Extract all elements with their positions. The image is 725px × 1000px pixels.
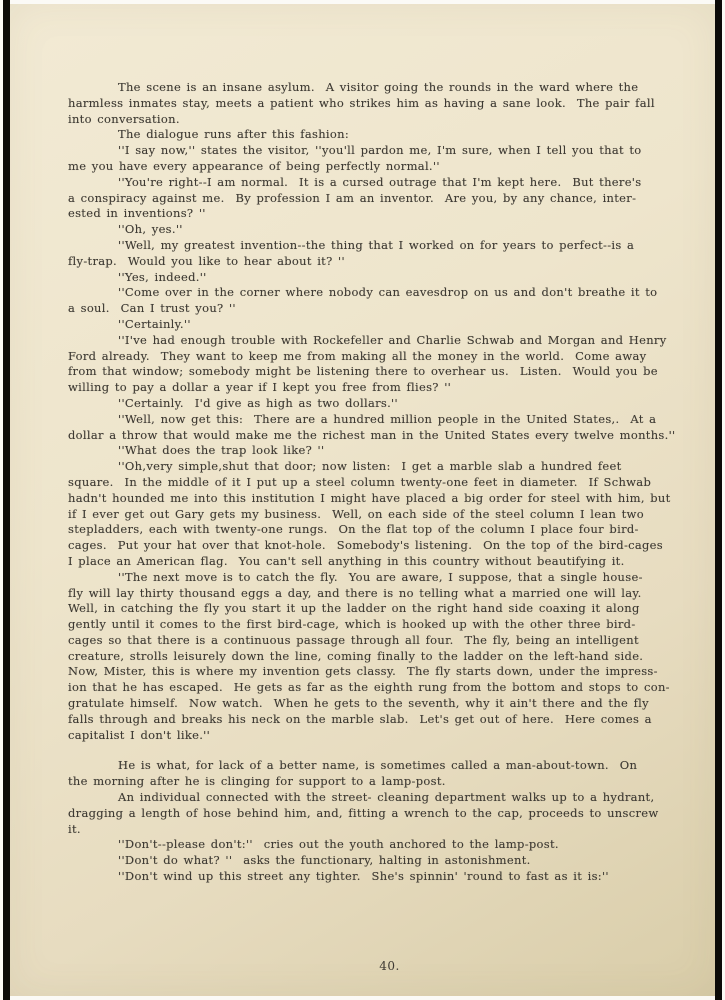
paragraph: ''You're right--I am normal. It is a cur… bbox=[68, 175, 672, 222]
paragraph: An individual connected with the street-… bbox=[68, 790, 672, 837]
paragraph: ''I say now,'' states the visitor, ''you… bbox=[68, 143, 672, 175]
page-text: The scene is an insane asylum. A visitor… bbox=[68, 80, 672, 885]
paragraph: He is what, for lack of a better name, i… bbox=[68, 758, 672, 790]
paragraph: ''What does the trap look like? '' bbox=[68, 443, 672, 459]
paragraph: The dialogue runs after this fashion: bbox=[68, 127, 672, 143]
paragraph: ''Don't wind up this street any tighter.… bbox=[68, 869, 672, 885]
scan-edge-right bbox=[715, 0, 722, 1000]
paragraph: ''Don't--please don't:'' cries out the y… bbox=[68, 837, 672, 853]
paragraph: ''I've had enough trouble with Rockefell… bbox=[68, 333, 672, 396]
paragraph: ''Well, my greatest invention--the thing… bbox=[68, 238, 672, 270]
paragraph: The scene is an insane asylum. A visitor… bbox=[68, 80, 672, 127]
paragraph: ''The next move is to catch the fly. You… bbox=[68, 570, 672, 744]
paragraph: ''Certainly.'' bbox=[68, 317, 672, 333]
paragraph: ''Yes, indeed.'' bbox=[68, 270, 672, 286]
paragraph: ''Come over in the corner where nobody c… bbox=[68, 285, 672, 317]
book-page: The scene is an insane asylum. A visitor… bbox=[10, 4, 715, 996]
page-number: 40. bbox=[37, 959, 725, 973]
paragraph: ''Don't do what? '' asks the functionary… bbox=[68, 853, 672, 869]
paragraph: ''Well, now get this: There are a hundre… bbox=[68, 412, 672, 444]
scan-edge-left bbox=[3, 0, 10, 1000]
paragraph: ''Oh, yes.'' bbox=[68, 222, 672, 238]
paragraph: ''Certainly. I'd give as high as two dol… bbox=[68, 396, 672, 412]
paragraph: ''Oh,very simple,shut that door; now lis… bbox=[68, 459, 672, 570]
